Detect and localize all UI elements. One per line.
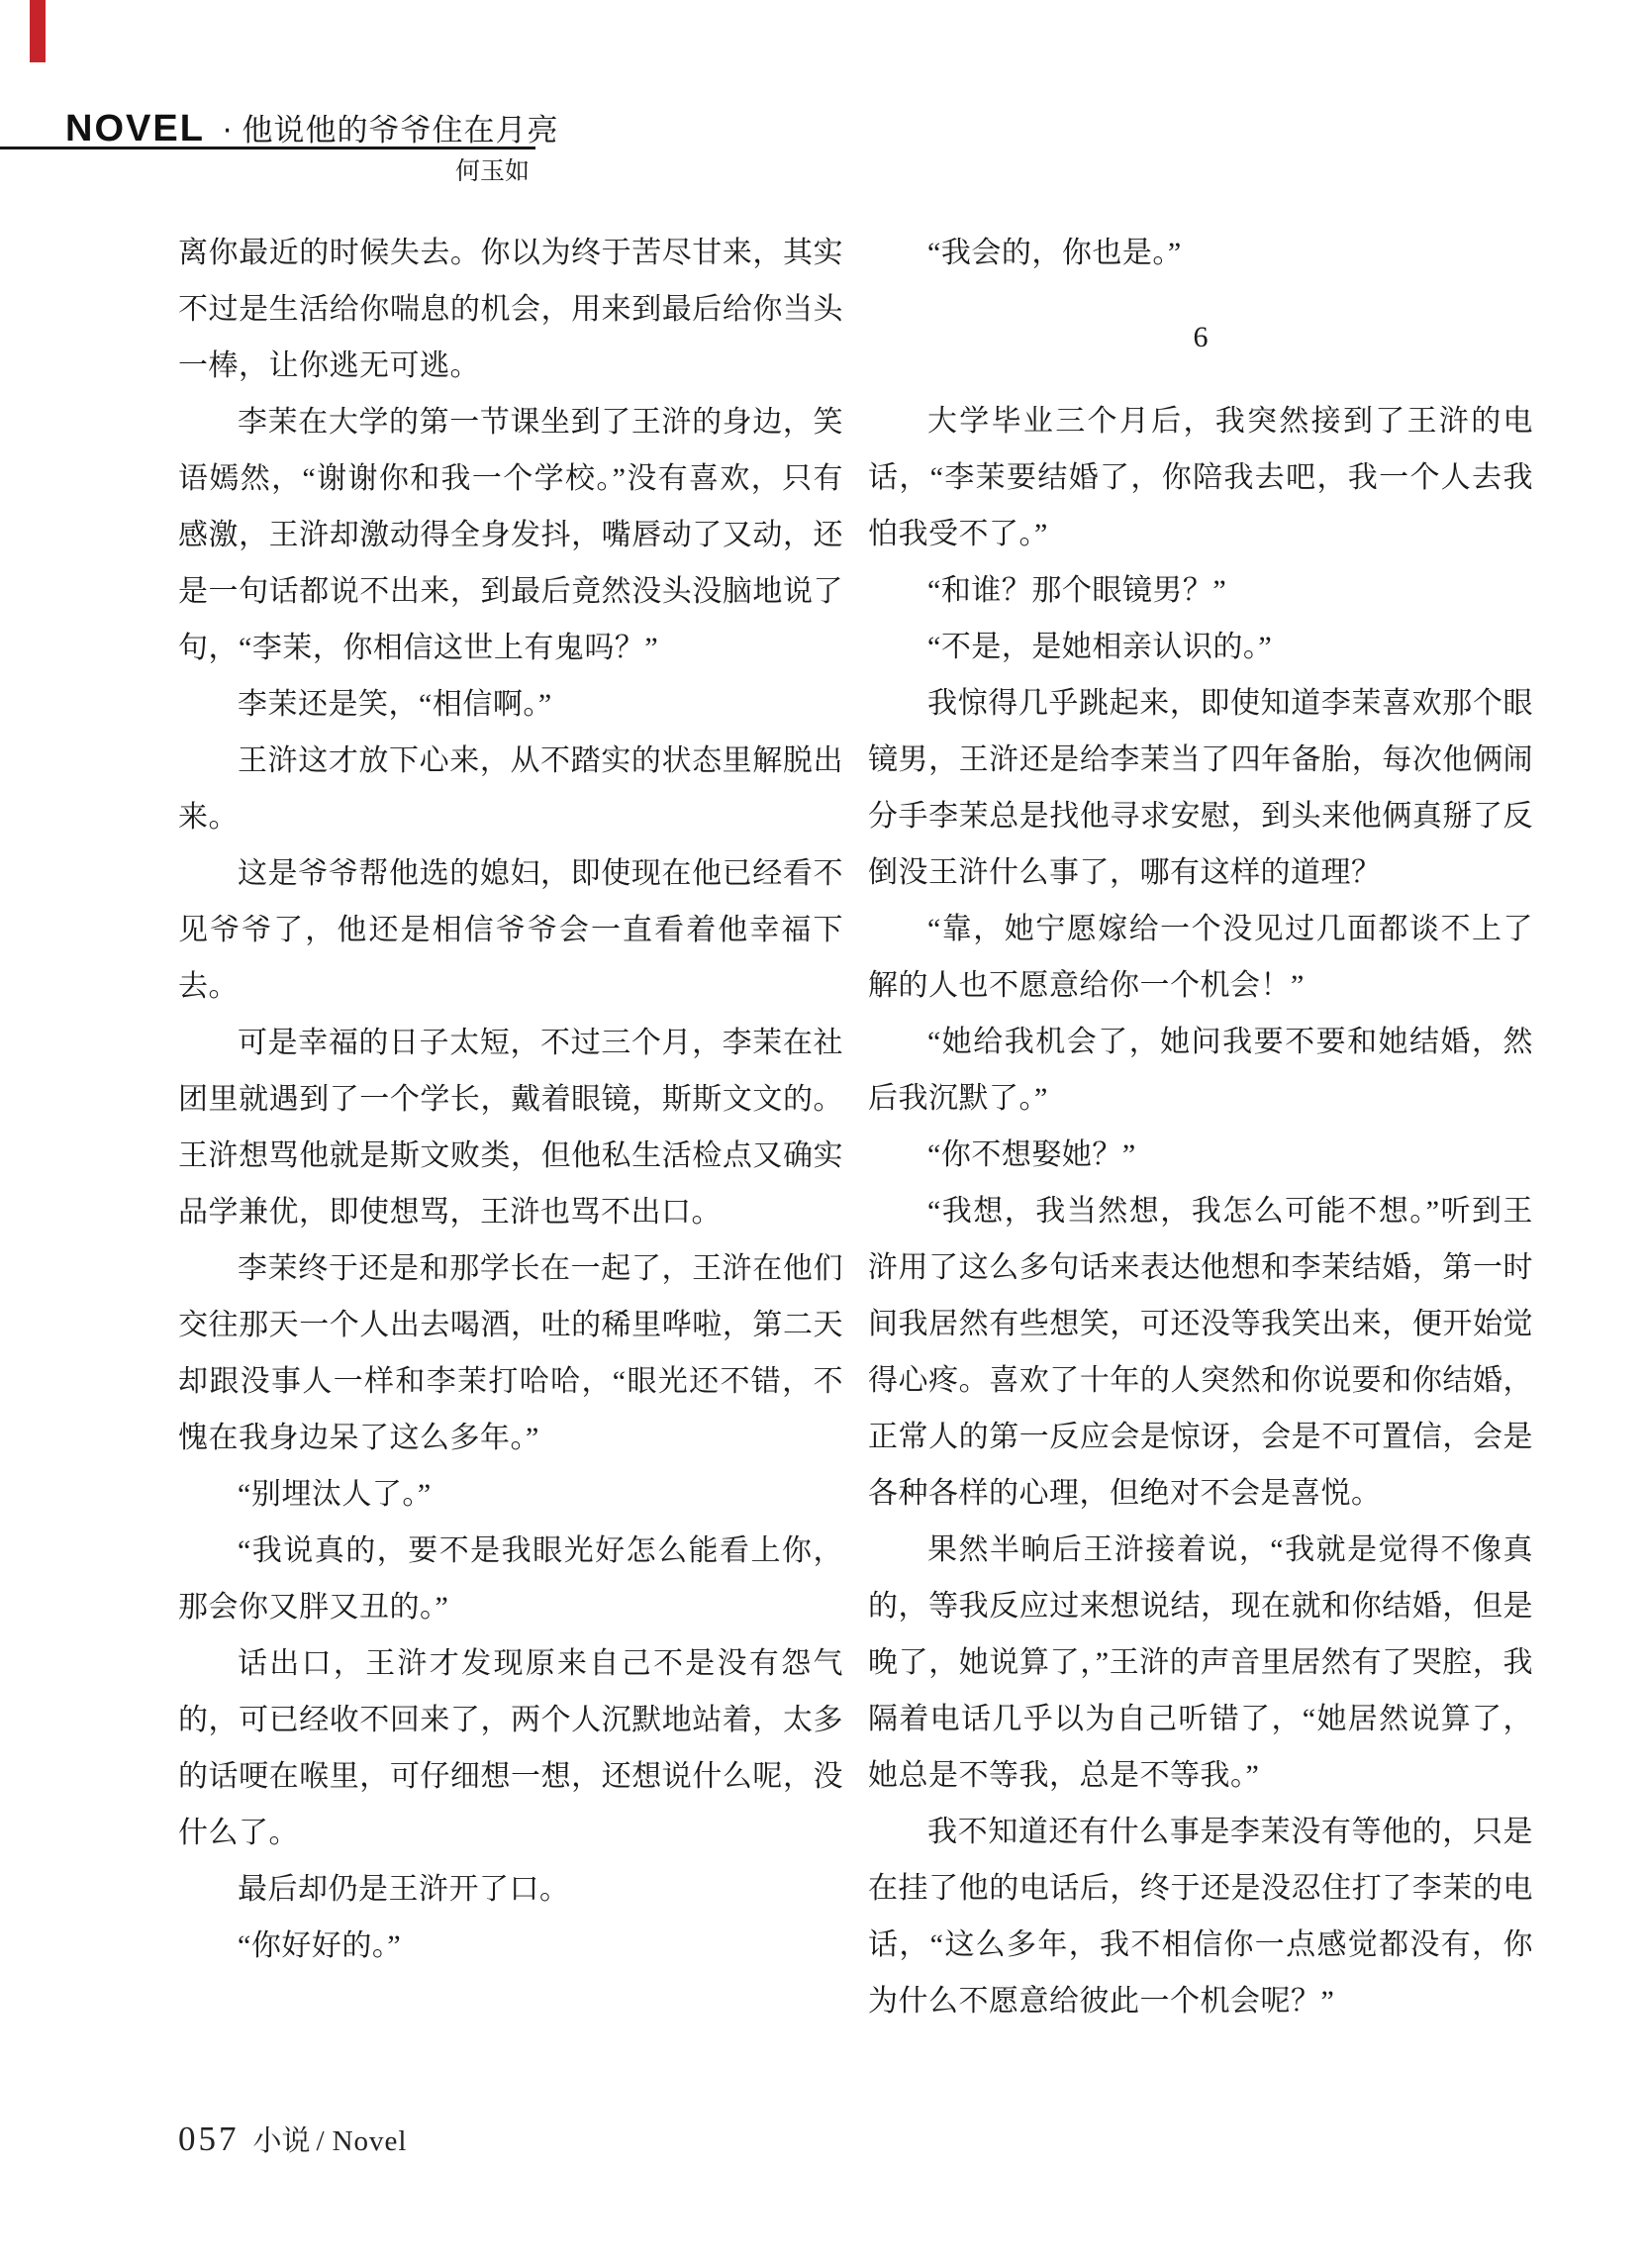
paragraph: “她给我机会了，她问我要不要和她结婚，然后我沉默了。” — [868, 1014, 1533, 1127]
magazine-page: NOVEL · 他说他的爷爷住在月亮 何玉如 离你最近的时候失去。你以为终于苦尽… — [0, 0, 1646, 2268]
page-header: NOVEL · 他说他的爷爷住在月亮 — [65, 105, 558, 150]
page-number: 057 — [178, 2120, 240, 2159]
paragraph: “我想，我当然想，我怎么可能不想。”听到王浒用了这么多句话来表达他想和李茉结婚，… — [868, 1183, 1533, 1522]
section-label: NOVEL — [65, 108, 205, 150]
paragraph: 这是爷爷帮他选的媳妇，即使现在他已经看不见爷爷了，他还是相信爷爷会一直看着他幸福… — [178, 845, 843, 1015]
header-rule — [0, 147, 535, 149]
paragraph: “你不想娶她？” — [868, 1127, 1533, 1183]
paragraph: “别埋汰人了。” — [178, 1466, 843, 1523]
paragraph: 果然半晌后王浒接着说，“我就是觉得不像真的，等我反应过来想说结，现在就和你结婚，… — [868, 1522, 1533, 1804]
text-column-right: “我会的，你也是。”6大学毕业三个月后，我突然接到了王浒的电话，“李茉要结婚了，… — [868, 225, 1533, 2029]
paragraph: “我说真的，要不是我眼光好怎么能看上你，那会你又胖又丑的。” — [178, 1523, 843, 1635]
paragraph: 话出口，王浒才发现原来自己不是没有怨气的，可已经收不回来了，两个人沉默地站着，太… — [178, 1635, 843, 1861]
paragraph: 离你最近的时候失去。你以为终于苦尽甘来，其实不过是生活给你喘息的机会，用来到最后… — [178, 225, 843, 394]
paragraph: 王浒这才放下心来，从不踏实的状态里解脱出来。 — [178, 733, 843, 845]
paragraph: 李茉还是笑，“相信啊。” — [178, 676, 843, 733]
text-column-left: 离你最近的时候失去。你以为终于苦尽甘来，其实不过是生活给你喘息的机会，用来到最后… — [178, 225, 843, 1974]
paragraph: “不是，是她相亲认识的。” — [868, 619, 1533, 675]
author-name: 何玉如 — [0, 151, 530, 187]
page-footer: 057 小说 / Novel — [178, 2119, 407, 2159]
section-accent-bar — [30, 0, 46, 62]
footer-section-cn: 小说 — [253, 2119, 311, 2159]
paragraph: 李茉在大学的第一节课坐到了王浒的身边，笑语嫣然，“谢谢你和我一个学校。”没有喜欢… — [178, 394, 843, 676]
footer-separator: / — [317, 2125, 325, 2158]
paragraph: 李茉终于还是和那学长在一起了，王浒在他们交往那天一个人出去喝酒，吐的稀里哗啦，第… — [178, 1240, 843, 1466]
story-title: 他说他的爷爷住在月亮 — [242, 105, 558, 149]
paragraph: 可是幸福的日子太短，不过三个月，李茉在社团里就遇到了一个学长，戴着眼镜，斯斯文文… — [178, 1015, 843, 1240]
paragraph: 最后却仍是王浒开了口。 — [178, 1861, 843, 1918]
paragraph: “靠，她宁愿嫁给一个没见过几面都谈不上了解的人也不愿意给你一个机会！” — [868, 901, 1533, 1014]
separator-dot: · — [223, 114, 233, 148]
paragraph: “你好好的。” — [178, 1918, 843, 1974]
paragraph: 我惊得几乎跳起来，即使知道李茉喜欢那个眼镜男，王浒还是给李茉当了四年备胎，每次他… — [868, 675, 1533, 901]
paragraph: 我不知道还有什么事是李茉没有等他的，只是在挂了他的电话后，终于还是没忍住打了李茉… — [868, 1804, 1533, 2029]
paragraph: 大学毕业三个月后，我突然接到了王浒的电话，“李茉要结婚了，你陪我去吧，我一个人去… — [868, 393, 1533, 562]
footer-section-en: Novel — [333, 2125, 408, 2158]
paragraph: “我会的，你也是。” — [868, 225, 1533, 281]
section-number: 6 — [868, 309, 1533, 365]
paragraph: “和谁？那个眼镜男？” — [868, 562, 1533, 619]
